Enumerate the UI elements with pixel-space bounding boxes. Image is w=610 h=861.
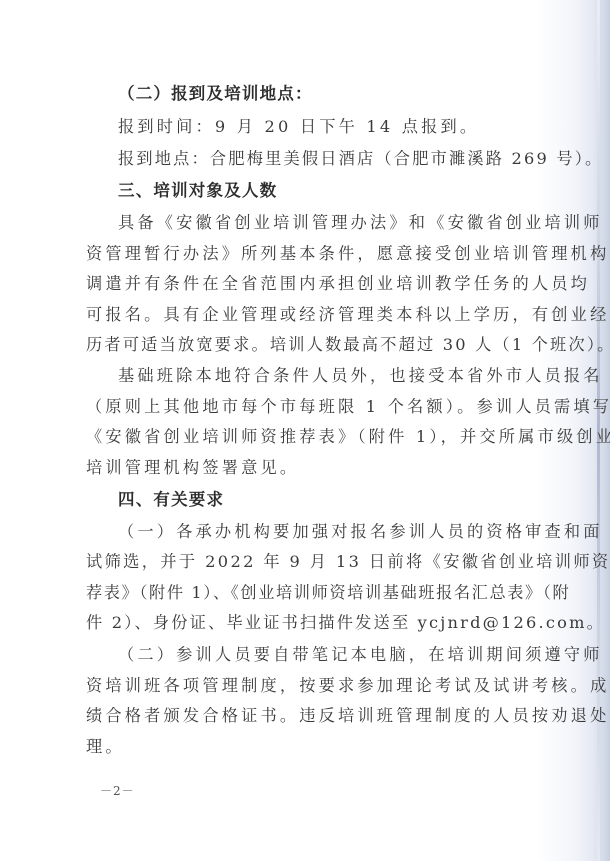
section-3-para-2-line: （原则上其他地市每个市每班限 1 个名额）。参训人员需填写 — [86, 397, 610, 417]
section-3-para-2-line: 《安徽省创业培训师资推荐表》（附件 1），并交所属市级创业 — [86, 427, 610, 447]
section-3-para-1-line: 资管理暂行办法》所列基本条件，愿意接受创业培训管理机构 — [86, 244, 609, 264]
document-page: （二）报到及培训地点： 报到时间：9 月 20 日下午 14 点报到。 报到地点… — [0, 0, 610, 861]
registration-heading: （二）报到及培训地点： — [118, 84, 313, 104]
page-number: －2－ — [100, 782, 135, 799]
section-4-para-1-line: 荐表》（附件 1）、《创业培训师资培训基础班报名汇总表》（附 — [86, 583, 570, 603]
section-3-para-1-line: 调遣并有条件在全省范围内承担创业培训教学任务的人员均 — [86, 274, 590, 294]
section-4-para-1-line: （一）各承办机构要加强对报名参训人员的资格审查和面 — [118, 522, 603, 542]
registration-time: 报到时间：9 月 20 日下午 14 点报到。 — [118, 117, 479, 137]
section-3-para-1-line: 具备《安徽省创业培训管理办法》和《安徽省创业培训师 — [118, 213, 603, 233]
section-4-para-2-line: 资培训班各项管理制度，按要求参加理论考试及试讲考核。成 — [86, 676, 609, 696]
section-3-heading: 三、培训对象及人数 — [118, 181, 277, 201]
section-4-para-2-line: 理。 — [86, 737, 125, 757]
section-3-para-2-line: 基础班除本地符合条件人员外，也接受本省外市人员报名 — [118, 366, 603, 386]
section-4-para-2-line: （二）参训人员要自带笔记本电脑，在培训期间须遵守师 — [118, 645, 603, 665]
section-3-para-1-line: 可报名。具有企业管理或经济管理类本科以上学历，有创业经 — [86, 305, 609, 325]
section-3-para-1-line: 历者可适当放宽要求。培训人数最高不超过 30 人（1 个班次）。 — [86, 335, 610, 355]
section-4-para-1-line: 试筛选，并于 2022 年 9 月 13 日前将《安徽省创业培训师资推 — [86, 552, 610, 572]
section-4-para-1-line: 件 2）、身份证、毕业证书扫描件发送至 ycjnrd@126.com。 — [86, 613, 605, 633]
registration-place: 报到地点：合肥梅里美假日酒店（合肥市濉溪路 269 号）。 — [118, 149, 603, 169]
section-3-para-2-line: 培训管理机构签署意见。 — [86, 458, 299, 478]
section-4-heading: 四、有关要求 — [118, 490, 224, 510]
section-4-para-2-line: 绩合格者颁发合格证书。违反培训班管理制度的人员按劝退处 — [86, 706, 609, 726]
